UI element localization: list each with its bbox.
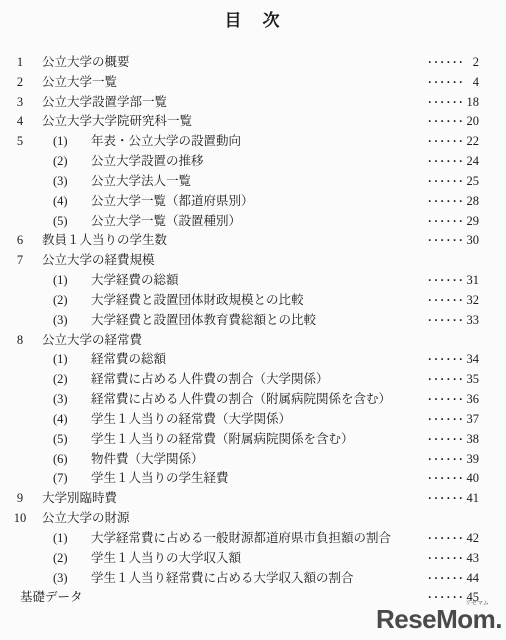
page-title: 目 次 <box>0 6 506 31</box>
toc-entry-subnumber: (1) <box>53 350 68 370</box>
dot-leader: ······ <box>428 350 465 370</box>
dot-leader: ······ <box>428 53 465 73</box>
toc-entry-page: 24 <box>463 152 479 172</box>
toc-entry: 3公立大学設置学部一覧······18 <box>0 93 506 113</box>
toc-entry-label: 公立大学法人一覧 <box>91 172 191 192</box>
toc-entry: (2)大学経費と設置団体財政規模との比較······32 <box>0 291 506 311</box>
toc-entry-page: 33 <box>463 311 479 331</box>
toc-entry: (5)公立大学一覧（設置種別）······29 <box>0 212 506 232</box>
toc-entry-label: 経常費に占める人件費の割合（大学関係） <box>91 370 329 390</box>
dot-leader: ······ <box>428 410 465 430</box>
toc-entry-label: 公立大学設置の推移 <box>91 152 204 172</box>
toc-entry-subnumber: (5) <box>53 430 68 450</box>
toc-entry-page: 29 <box>463 212 479 232</box>
toc-entry-page: 41 <box>463 489 479 509</box>
toc-entry-page: 2 <box>463 53 479 73</box>
toc-entry-subnumber: (5) <box>53 212 68 232</box>
toc-entry-page: 35 <box>463 370 479 390</box>
toc-entry-label: 公立大学大学院研究科一覧 <box>42 112 192 132</box>
toc-entry-label: 教員１人当りの学生数 <box>42 231 167 251</box>
toc-entry-page: 36 <box>463 390 479 410</box>
toc-entry: (7)学生１人当りの学生経費······40 <box>0 469 506 489</box>
toc-entry-subnumber: (1) <box>53 529 68 549</box>
toc-entry-label: 大学経費と設置団体財政規模との比較 <box>91 291 304 311</box>
dot-leader: ······ <box>428 529 465 549</box>
toc-entry-page: 42 <box>463 529 479 549</box>
toc-entry-label: 学生１人当りの経常費（附属病院関係を含む） <box>91 430 354 450</box>
toc-entry-page: 40 <box>463 469 479 489</box>
dot-leader: ······ <box>428 390 465 410</box>
toc-entry-subnumber: (3) <box>53 311 68 331</box>
dot-leader: ······ <box>428 152 465 172</box>
toc-entry: (6)物件費（大学関係）······39 <box>0 450 506 470</box>
toc-entry: (2)学生１人当りの大学収入額······43 <box>0 549 506 569</box>
toc-entry-label: 公立大学一覧（設置種別） <box>91 212 241 232</box>
toc-entry-label: 経常費に占める人件費の割合（附属病院関係を含む） <box>91 390 391 410</box>
toc-entry-page: 31 <box>463 271 479 291</box>
toc-entry-page: 25 <box>463 172 479 192</box>
dot-leader: ······ <box>428 73 465 93</box>
dot-leader: ······ <box>428 430 465 450</box>
toc-entry-label: 公立大学の概要 <box>42 53 130 73</box>
toc-entry-subnumber: (4) <box>53 410 68 430</box>
dot-leader: ······ <box>428 231 465 251</box>
toc-entry-label: 大学別臨時費 <box>42 489 117 509</box>
dot-leader: ······ <box>428 311 465 331</box>
toc-entry-subnumber: (2) <box>53 152 68 172</box>
toc-entry: 7公立大学の経費規模 <box>0 251 506 271</box>
dot-leader: ······ <box>428 549 465 569</box>
toc-entry-label: 公立大学の財源 <box>42 509 130 529</box>
toc-entry: (4)公立大学一覧（都道府県別）······28 <box>0 192 506 212</box>
toc-entry-page: 44 <box>463 569 479 589</box>
toc-entry-label: 学生１人当りの学生経費 <box>91 469 229 489</box>
toc-entry-number: 4 <box>12 112 28 132</box>
toc-entry: 6教員１人当りの学生数······30 <box>0 231 506 251</box>
dot-leader: ······ <box>428 370 465 390</box>
toc-entry-subnumber: (6) <box>53 450 68 470</box>
toc-entry-number: 2 <box>12 73 28 93</box>
toc-entry: 10公立大学の財源 <box>0 509 506 529</box>
toc-entry-label: 学生１人当りの大学収入額 <box>91 549 241 569</box>
dot-leader: ······ <box>428 192 465 212</box>
toc-page: 目 次 1公立大学の概要······22公立大学一覧······43公立大学設置… <box>0 0 506 640</box>
toc-entry: (4)学生１人当りの経常費（大学関係）······37 <box>0 410 506 430</box>
toc-entry-subnumber: (2) <box>53 370 68 390</box>
toc-entry-label: 年表・公立大学の設置動向 <box>91 132 241 152</box>
resemom-logo: リセマムReseMom. <box>376 606 502 632</box>
toc-entry-label: 学生１人当り経常費に占める大学収入額の割合 <box>91 569 354 589</box>
dot-leader: ······ <box>428 93 465 113</box>
toc-entry-number: 7 <box>12 251 28 271</box>
toc-entry-label: 大学経費の総額 <box>91 271 179 291</box>
toc-entry-label: 公立大学設置学部一覧 <box>42 93 167 113</box>
toc-entry: (3)公立大学法人一覧······25 <box>0 172 506 192</box>
toc-entry-page: 18 <box>463 93 479 113</box>
dot-leader: ······ <box>428 489 465 509</box>
toc-entry-subnumber: (2) <box>53 549 68 569</box>
toc-entry-page: 37 <box>463 410 479 430</box>
resemom-logo-text: ReseMom. <box>376 604 502 634</box>
toc-entry: (2)公立大学設置の推移······24 <box>0 152 506 172</box>
toc-list: 1公立大学の概要······22公立大学一覧······43公立大学設置学部一覧… <box>0 53 506 608</box>
toc-entry-number: 9 <box>12 489 28 509</box>
toc-entry-label: 基礎データ <box>20 588 83 608</box>
toc-entry-label: 公立大学の経常費 <box>42 331 142 351</box>
toc-entry-page: 39 <box>463 450 479 470</box>
toc-entry-page: 28 <box>463 192 479 212</box>
toc-entry-label: 大学経常費に占める一般財源都道府県市負担額の割合 <box>91 529 391 549</box>
dot-leader: ······ <box>428 569 465 589</box>
toc-entry-page: 43 <box>463 549 479 569</box>
toc-entry-page: 30 <box>463 231 479 251</box>
toc-entry-number: 5 <box>12 132 28 152</box>
toc-entry-page: 4 <box>463 73 479 93</box>
toc-entry-number: 8 <box>12 331 28 351</box>
toc-entry: 5(1)年表・公立大学の設置動向······22 <box>0 132 506 152</box>
toc-entry-label: 学生１人当りの経常費（大学関係） <box>91 410 291 430</box>
toc-entry-label: 公立大学一覧（都道府県別） <box>91 192 254 212</box>
toc-entry-label: 物件費（大学関係） <box>91 450 204 470</box>
dot-leader: ······ <box>428 132 465 152</box>
toc-entry: (3)大学経費と設置団体教育費総額との比較······33 <box>0 311 506 331</box>
toc-entry-number: 3 <box>12 93 28 113</box>
toc-entry: (3)学生１人当り経常費に占める大学収入額の割合······44 <box>0 569 506 589</box>
toc-entry-subnumber: (2) <box>53 291 68 311</box>
toc-entry-label: 大学経費と設置団体教育費総額との比較 <box>91 311 316 331</box>
toc-entry: (1)経常費の総額······34 <box>0 350 506 370</box>
toc-entry: (5)学生１人当りの経常費（附属病院関係を含む）······38 <box>0 430 506 450</box>
toc-entry-subnumber: (4) <box>53 192 68 212</box>
toc-entry-subnumber: (3) <box>53 172 68 192</box>
toc-entry: 2公立大学一覧······4 <box>0 73 506 93</box>
toc-entry: 4公立大学大学院研究科一覧······20 <box>0 112 506 132</box>
toc-entry: 9大学別臨時費······41 <box>0 489 506 509</box>
dot-leader: ······ <box>428 450 465 470</box>
toc-entry-label: 公立大学一覧 <box>42 73 117 93</box>
toc-entry-subnumber: (3) <box>53 569 68 589</box>
toc-entry: 1公立大学の概要······2 <box>0 53 506 73</box>
toc-entry: (2)経常費に占める人件費の割合（大学関係）······35 <box>0 370 506 390</box>
toc-entry: (1)大学経費の総額······31 <box>0 271 506 291</box>
toc-entry-label: 公立大学の経費規模 <box>42 251 155 271</box>
toc-entry-page: 22 <box>463 132 479 152</box>
toc-entry-page: 34 <box>463 350 479 370</box>
toc-entry-label: 経常費の総額 <box>91 350 166 370</box>
dot-leader: ······ <box>428 291 465 311</box>
resemom-logo-ruby: リセマム <box>465 601 489 607</box>
toc-entry-subnumber: (3) <box>53 390 68 410</box>
toc-entry-number: 10 <box>12 509 28 529</box>
toc-entry-page: 38 <box>463 430 479 450</box>
toc-entry: 8公立大学の経常費 <box>0 331 506 351</box>
dot-leader: ······ <box>428 212 465 232</box>
dot-leader: ······ <box>428 112 465 132</box>
dot-leader: ······ <box>428 271 465 291</box>
toc-entry-number: 6 <box>12 231 28 251</box>
toc-entry-subnumber: (1) <box>53 271 68 291</box>
dot-leader: ······ <box>428 172 465 192</box>
toc-entry-number: 1 <box>12 53 28 73</box>
toc-entry-page: 32 <box>463 291 479 311</box>
dot-leader: ······ <box>428 469 465 489</box>
toc-entry-page: 20 <box>463 112 479 132</box>
toc-entry: (3)経常費に占める人件費の割合（附属病院関係を含む）······36 <box>0 390 506 410</box>
toc-entry-subnumber: (7) <box>53 469 68 489</box>
toc-entry-subnumber: (1) <box>53 132 68 152</box>
toc-entry: (1)大学経常費に占める一般財源都道府県市負担額の割合······42 <box>0 529 506 549</box>
